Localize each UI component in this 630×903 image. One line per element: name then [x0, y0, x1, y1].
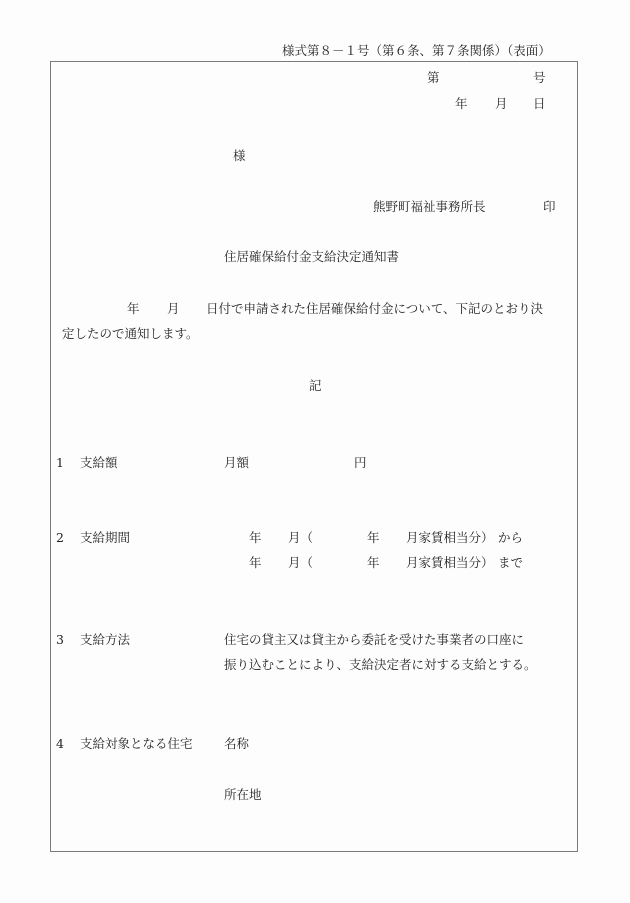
document-title: 住居確保給付金支給決定通知書	[224, 249, 399, 265]
document-frame	[50, 61, 578, 852]
item-4-label: 支給対象となる住宅	[80, 736, 193, 752]
date-day: 日	[533, 96, 546, 112]
period-from-rent-month: 月家賃相当分）	[406, 530, 494, 546]
period-from-rent-year: 年	[367, 530, 380, 546]
issuer-seal: 印	[543, 199, 556, 215]
body-line2: 定したので通知します。	[62, 326, 199, 342]
item-3-number: 3	[56, 632, 64, 648]
period-to-suffix: まで	[498, 555, 523, 571]
item-1-label: 支給額	[80, 455, 118, 471]
ki-heading: 記	[309, 378, 322, 394]
period-to-rent-month: 月家賃相当分）	[406, 555, 494, 571]
period-to-year: 年	[249, 555, 262, 571]
issuer-name: 熊野町福祉事務所長	[373, 199, 486, 215]
period-from-year: 年	[249, 530, 262, 546]
period-to-rent-year: 年	[367, 555, 380, 571]
addressee-honorific: 様	[233, 148, 246, 164]
item-2-number: 2	[56, 530, 64, 546]
item-3-line-2: 振り込むことにより、支給決定者に対する支給とする。	[224, 657, 537, 673]
item-2-label: 支給期間	[80, 530, 130, 546]
period-to-month: 月（	[288, 555, 313, 571]
item-4-number: 4	[56, 736, 64, 752]
item-1-monthly-label: 月額	[224, 455, 249, 471]
item-1-currency: 円	[354, 455, 367, 471]
doc-number-suffix: 号	[533, 70, 546, 86]
item-3-label: 支給方法	[80, 632, 130, 648]
item-3-line-1: 住宅の貸主又は貸主から委託を受けた事業者の口座に	[224, 632, 524, 648]
item-4-name-label: 名称	[224, 736, 249, 752]
date-month: 月	[495, 96, 508, 112]
item-1-number: 1	[56, 455, 64, 471]
body-line1: 日付で申請された住居確保給付金について、下記のとおり決	[206, 301, 543, 317]
period-from-month: 月（	[288, 530, 313, 546]
body-year: 年	[127, 301, 140, 317]
form-number: 様式第８－１号（第６条、第７条関係）（表面）	[282, 43, 551, 59]
body-month: 月	[167, 301, 180, 317]
date-year: 年	[455, 96, 468, 112]
item-4-address-label: 所在地	[224, 787, 262, 803]
doc-number-prefix: 第	[427, 70, 440, 86]
period-from-suffix: から	[498, 530, 523, 546]
